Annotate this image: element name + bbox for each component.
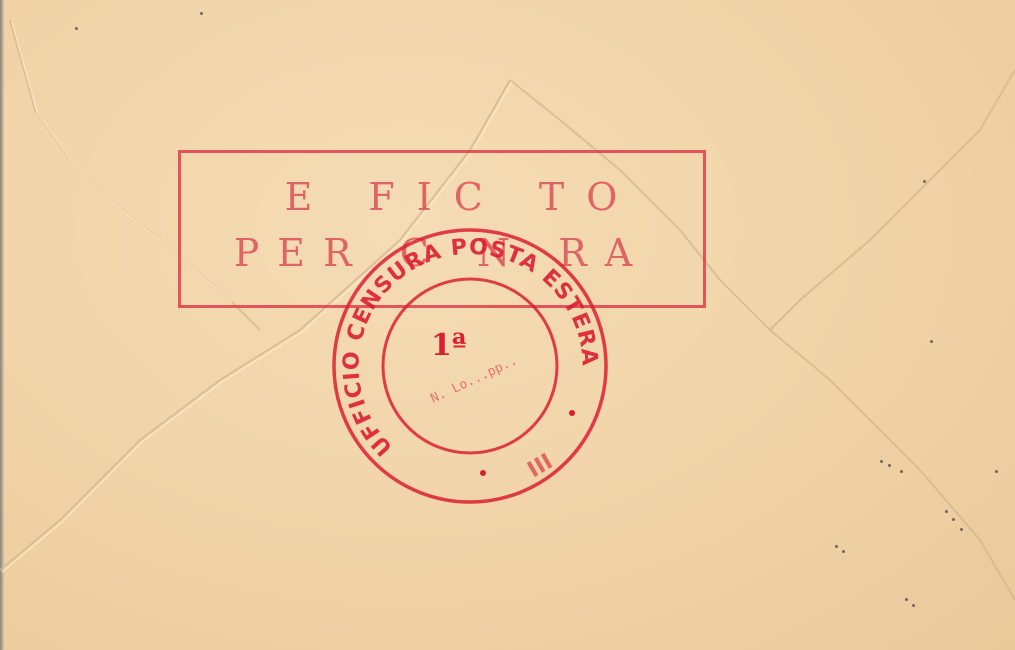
ufficio-censura-round-stamp: UFFICIO CENSURA POSTA ESTERA III 1ª N. L… [328, 228, 612, 504]
envelope-back: E FIC TO PER C N RA UFFICIO CENSURA POST… [0, 0, 1015, 650]
round-stamp-bottom-mark: III [524, 449, 558, 483]
round-stamp-center-numeral: 1ª [431, 328, 467, 363]
stamp-line-1: E FIC TO [181, 175, 703, 219]
